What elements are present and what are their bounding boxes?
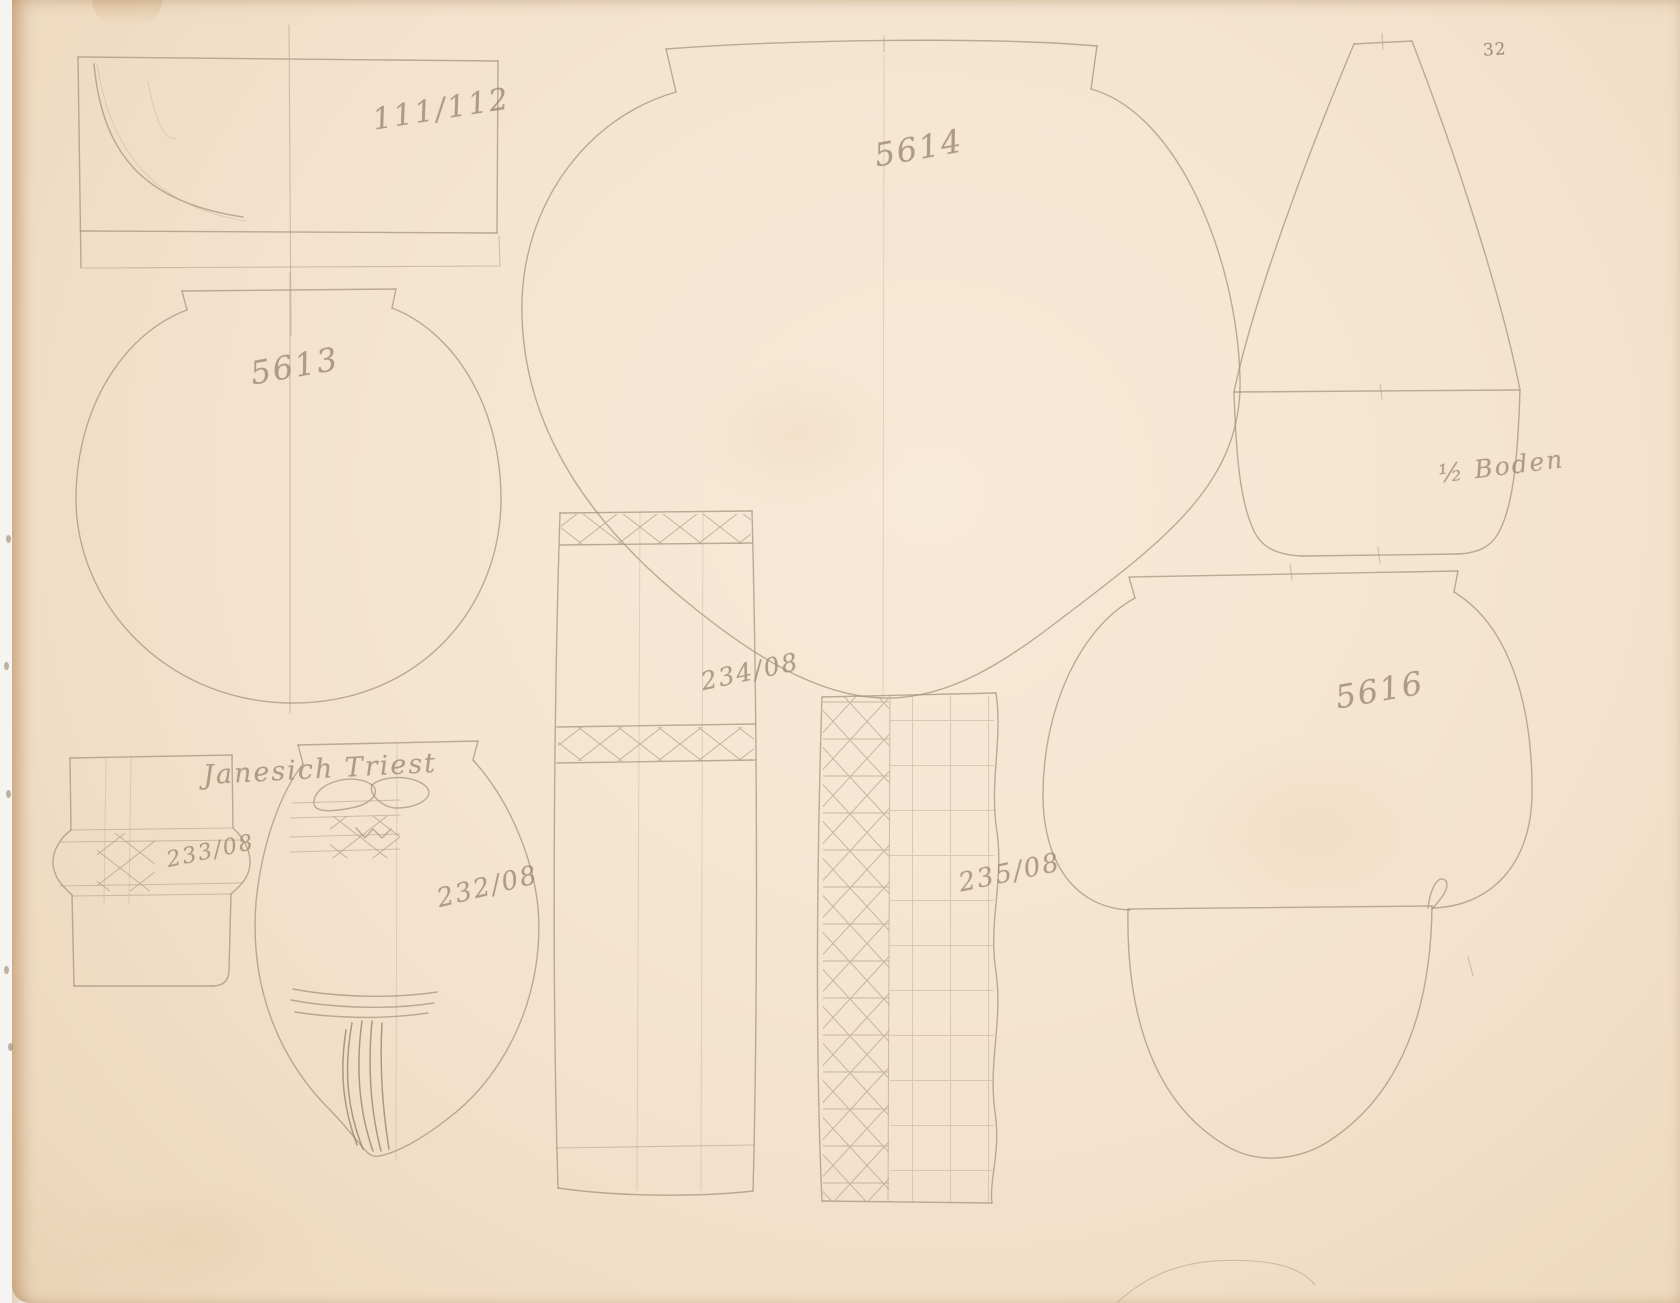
sketch-round-pot-5616 [1043, 564, 1532, 910]
page-curl-line [1118, 1260, 1315, 1302]
page-number: 32 [1482, 39, 1507, 61]
sketch-deep-bowl [1128, 879, 1473, 1158]
sketch-pear-vase-232-08 [255, 741, 539, 1160]
sketch-column-234-08 [554, 511, 756, 1195]
scanned-sketchbook-page: { "page": { "number": "32", "caption": "… [0, 0, 1680, 1303]
pencil-sketch-layer [0, 0, 1680, 1303]
sketch-column-235-08 [817, 693, 998, 1203]
sketch-round-pot-5613 [76, 272, 501, 713]
